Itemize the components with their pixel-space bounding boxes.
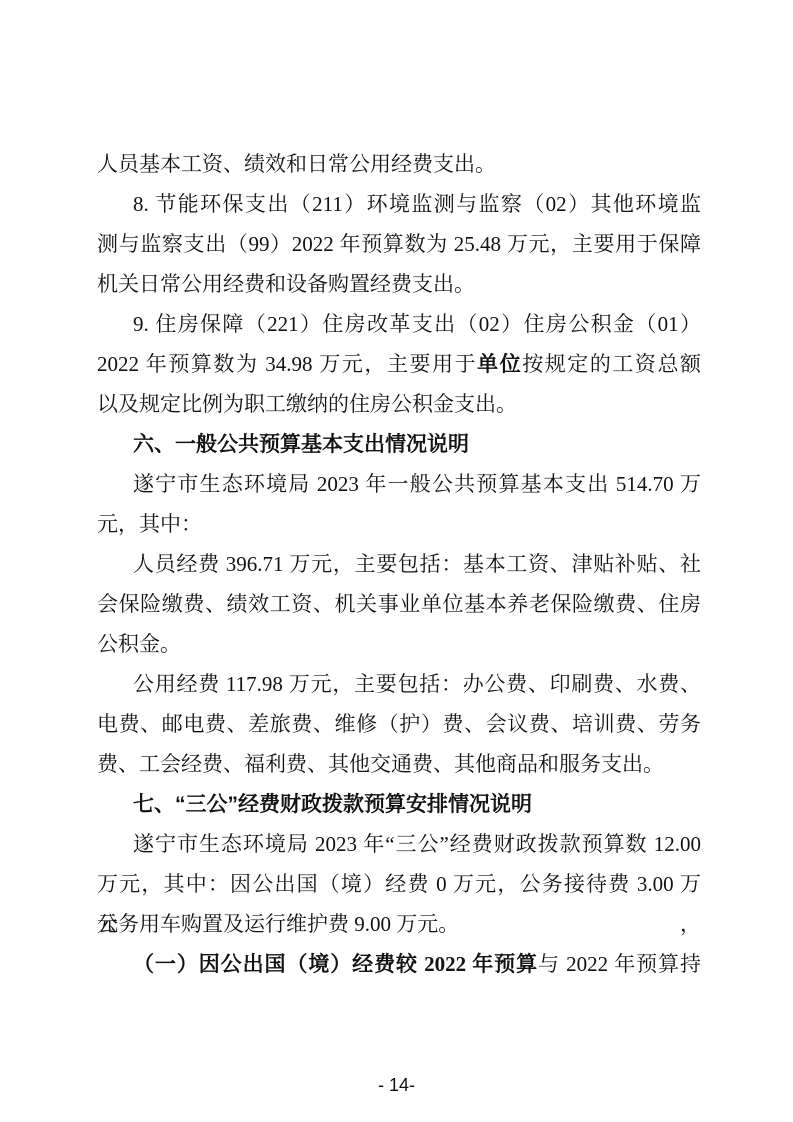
section-7-sub-1-line-1: （一）因公出国（境）经费较 2022 年预算与 2022 年预算持	[97, 944, 701, 984]
section-6-para-2-line-2: 会保险缴费、绩效工资、机关事业单位基本养老保险缴费、住房	[97, 584, 701, 624]
text-segment: 8. 节能环保支出（211）环境监测与监察（02）其他环境监	[133, 192, 701, 216]
text-segment: 人员经费 396.71 万元，主要包括：基本工资、津贴补贴、社	[133, 552, 701, 576]
text-segment: （一）因公出国（境）经费较 2022 年预算	[133, 952, 538, 976]
text-segment: 公用经费 117.98 万元，主要包括：办公费、印刷费、水费、	[133, 672, 701, 696]
paragraph-8-line-3: 机关日常公用经费和设备购置经费支出。	[97, 264, 701, 304]
section-6-para-2-line-3: 公积金。	[97, 624, 701, 664]
document-page: 人员基本工资、绩效和日常公用经费支出。8. 节能环保支出（211）环境监测与监察…	[0, 0, 793, 1122]
paragraph-9-line-2: 2022 年预算数为 34.98 万元，主要用于单位按规定的工资总额	[97, 344, 701, 384]
text-segment: 六、一般公共预算基本支出情况说明	[133, 433, 469, 456]
section-6-para-3-line-3: 费、工会经费、福利费、其他交通费、其他商品和服务支出。	[97, 744, 701, 784]
text-segment: 机关日常公用经费和设备购置经费支出。	[97, 272, 475, 296]
section-6-para-2-line-1: 人员经费 396.71 万元，主要包括：基本工资、津贴补贴、社	[97, 544, 701, 584]
section-6-para-3-line-1: 公用经费 117.98 万元，主要包括：办公费、印刷费、水费、	[97, 664, 701, 704]
text-segment: 公积金。	[97, 632, 181, 656]
text-segment: 七、“三公”经费财政拨款预算安排情况说明	[133, 793, 532, 816]
paragraph-7-end-line-1: 人员基本工资、绩效和日常公用经费支出。	[97, 144, 701, 184]
text-segment: 与 2022 年预算持	[538, 952, 701, 976]
section-7-para-1-line-2: 万元，其中：因公出国（境）经费 0 万元，公务接待费 3.00 万元，	[97, 864, 701, 904]
text-segment: 按规定的工资总额	[522, 352, 701, 376]
text-segment: 会保险缴费、绩效工资、机关事业单位基本养老保险缴费、住房	[97, 592, 701, 616]
section-6-para-3-line-2: 电费、邮电费、差旅费、维修（护）费、会议费、培训费、劳务	[97, 704, 701, 744]
section-6-para-1-line-1: 遂宁市生态环境局 2023 年一般公共预算基本支出 514.70 万	[97, 464, 701, 504]
section-7-para-1-line-1: 遂宁市生态环境局 2023 年“三公”经费财政拨款预算数 12.00	[97, 824, 701, 864]
page-number: - 14-	[0, 1074, 793, 1096]
text-segment: 电费、邮电费、差旅费、维修（护）费、会议费、培训费、劳务	[97, 712, 701, 736]
text-segment: 单位	[477, 353, 522, 376]
text-segment: 元，其中：	[97, 512, 202, 536]
text-segment: 人员基本工资、绩效和日常公用经费支出。	[97, 152, 496, 176]
paragraph-9-line-1: 9. 住房保障（221）住房改革支出（02）住房公积金（01）	[97, 304, 701, 344]
text-segment: 9. 住房保障（221）住房改革支出（02）住房公积金（01）	[133, 312, 701, 336]
section-6-para-1-line-2: 元，其中：	[97, 504, 701, 544]
paragraph-8-line-1: 8. 节能环保支出（211）环境监测与监察（02）其他环境监	[97, 184, 701, 224]
text-segment: 2022 年预算数为 34.98 万元，主要用于	[97, 352, 477, 376]
text-segment: 测与监察支出（99）2022 年预算数为 25.48 万元，主要用于保障	[97, 232, 701, 256]
paragraph-8-line-2: 测与监察支出（99）2022 年预算数为 25.48 万元，主要用于保障	[97, 224, 701, 264]
section-heading-7: 七、“三公”经费财政拨款预算安排情况说明	[97, 784, 701, 824]
section-heading-6: 六、一般公共预算基本支出情况说明	[97, 424, 701, 464]
text-segment: 遂宁市生态环境局 2023 年一般公共预算基本支出 514.70 万	[133, 472, 701, 496]
text-segment: 遂宁市生态环境局 2023 年“三公”经费财政拨款预算数 12.00	[133, 832, 701, 856]
paragraph-9-line-3: 以及规定比例为职工缴纳的住房公积金支出。	[97, 384, 701, 424]
text-segment: 以及规定比例为职工缴纳的住房公积金支出。	[97, 392, 517, 416]
document-body: 人员基本工资、绩效和日常公用经费支出。8. 节能环保支出（211）环境监测与监察…	[97, 144, 701, 984]
text-segment: 公务用车购置及运行维护费 9.00 万元。	[97, 912, 459, 936]
text-segment: 费、工会经费、福利费、其他交通费、其他商品和服务支出。	[97, 752, 664, 776]
